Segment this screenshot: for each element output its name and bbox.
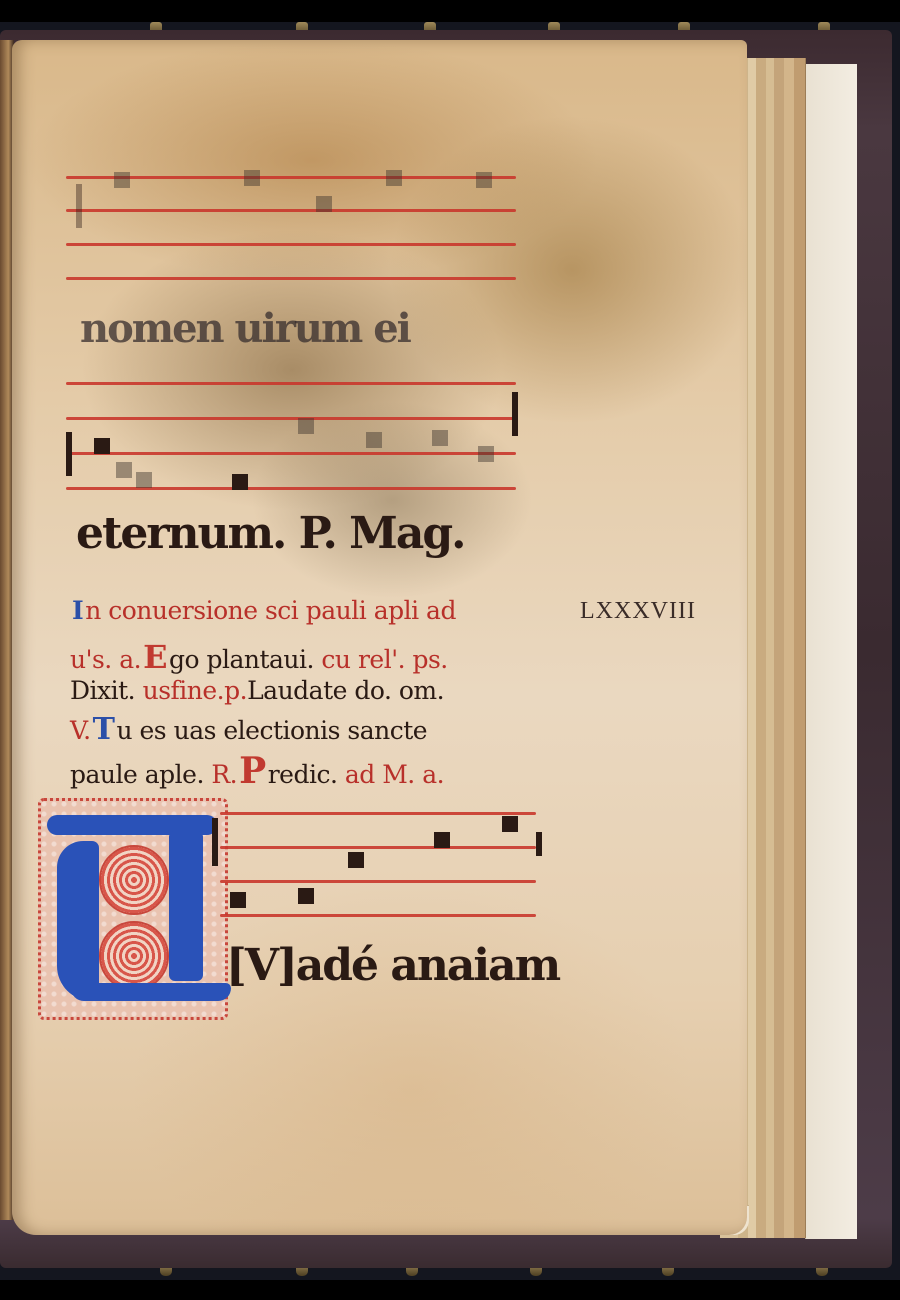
staff-line — [220, 846, 536, 849]
music-staff-2 — [66, 382, 516, 492]
staff-line — [66, 417, 516, 420]
neume — [476, 172, 492, 188]
chant-text: go plantaui. — [169, 645, 314, 674]
music-staff-1 — [66, 176, 516, 286]
initial-T: T — [91, 712, 117, 747]
initial-letter: U — [41, 801, 225, 1017]
neume — [434, 832, 450, 848]
rubric-line-2: u's. a.Ego plantaui. cu rel'. ps. — [70, 638, 448, 676]
neume — [386, 170, 402, 186]
initial-P: P — [237, 750, 268, 792]
neume — [298, 888, 314, 904]
chant-text: redic. — [268, 760, 338, 789]
staff-1-lyric: nomen uirum ei — [80, 305, 410, 352]
initial-I: I — [70, 596, 85, 625]
clef-icon — [66, 432, 72, 476]
folio-number: LXXXVIII — [580, 598, 696, 625]
neume — [478, 446, 494, 462]
rubric-text: cu rel'. ps. — [314, 645, 448, 674]
rubric-text: u's. a. — [70, 645, 141, 674]
staff-line — [66, 487, 516, 490]
neume — [348, 852, 364, 868]
clef-icon — [212, 818, 218, 866]
staff-line — [66, 209, 516, 212]
custos-icon — [512, 392, 518, 436]
neume — [114, 172, 130, 188]
chant-text: Laudate do. om. — [247, 676, 444, 705]
rubric-text: R. — [204, 760, 237, 789]
clef-icon — [76, 184, 82, 228]
initial-E: E — [141, 638, 169, 676]
staff-2-lyric-text: eternum. P. Mag. — [76, 508, 464, 559]
chant-text: paule aple. — [70, 760, 204, 789]
staff-line — [66, 382, 516, 385]
neume — [366, 432, 382, 448]
neume — [232, 474, 248, 490]
leaf-edge — [794, 58, 806, 1238]
neume — [316, 196, 332, 212]
staff-line — [66, 277, 516, 280]
illuminated-initial-U: U — [38, 798, 228, 1020]
rubric-line-3: Dixit. usfine.p.Laudate do. om. — [70, 676, 444, 705]
neume — [432, 430, 448, 446]
neume — [244, 170, 260, 186]
neume — [94, 438, 110, 454]
music-staff-3 — [220, 812, 536, 922]
staff-line — [66, 176, 516, 179]
neume — [116, 462, 132, 478]
chant-text: u es uas electionis sancte — [116, 716, 427, 745]
rubric-line-4: V.Tu es uas electionis sancte — [70, 712, 427, 747]
neume — [136, 472, 152, 488]
rubric-text: ad M. a. — [337, 760, 444, 789]
staff-3-lyric: [V]adé anaiam — [226, 940, 559, 991]
staff-2-lyric: eternum. P. Mag. — [76, 508, 464, 559]
rubric-text: n conuersione sci pauli apli ad — [85, 596, 456, 625]
staff-line — [220, 812, 536, 815]
rubric-line-5: paule aple. R.Predic. ad M. a. — [70, 750, 444, 792]
staff-line — [66, 243, 516, 246]
chant-text: Dixit. — [70, 676, 135, 705]
neume — [230, 892, 246, 908]
neume — [298, 418, 314, 434]
rubric-text: V. — [70, 716, 91, 745]
rubric-line-1: In conuersione sci pauli apli ad — [70, 596, 456, 625]
neume — [502, 816, 518, 832]
staff-line — [220, 880, 536, 883]
staff-line — [66, 452, 516, 455]
rubric-text: usfine.p. — [135, 676, 247, 705]
custos-icon — [536, 832, 542, 856]
staff-line — [220, 914, 536, 917]
